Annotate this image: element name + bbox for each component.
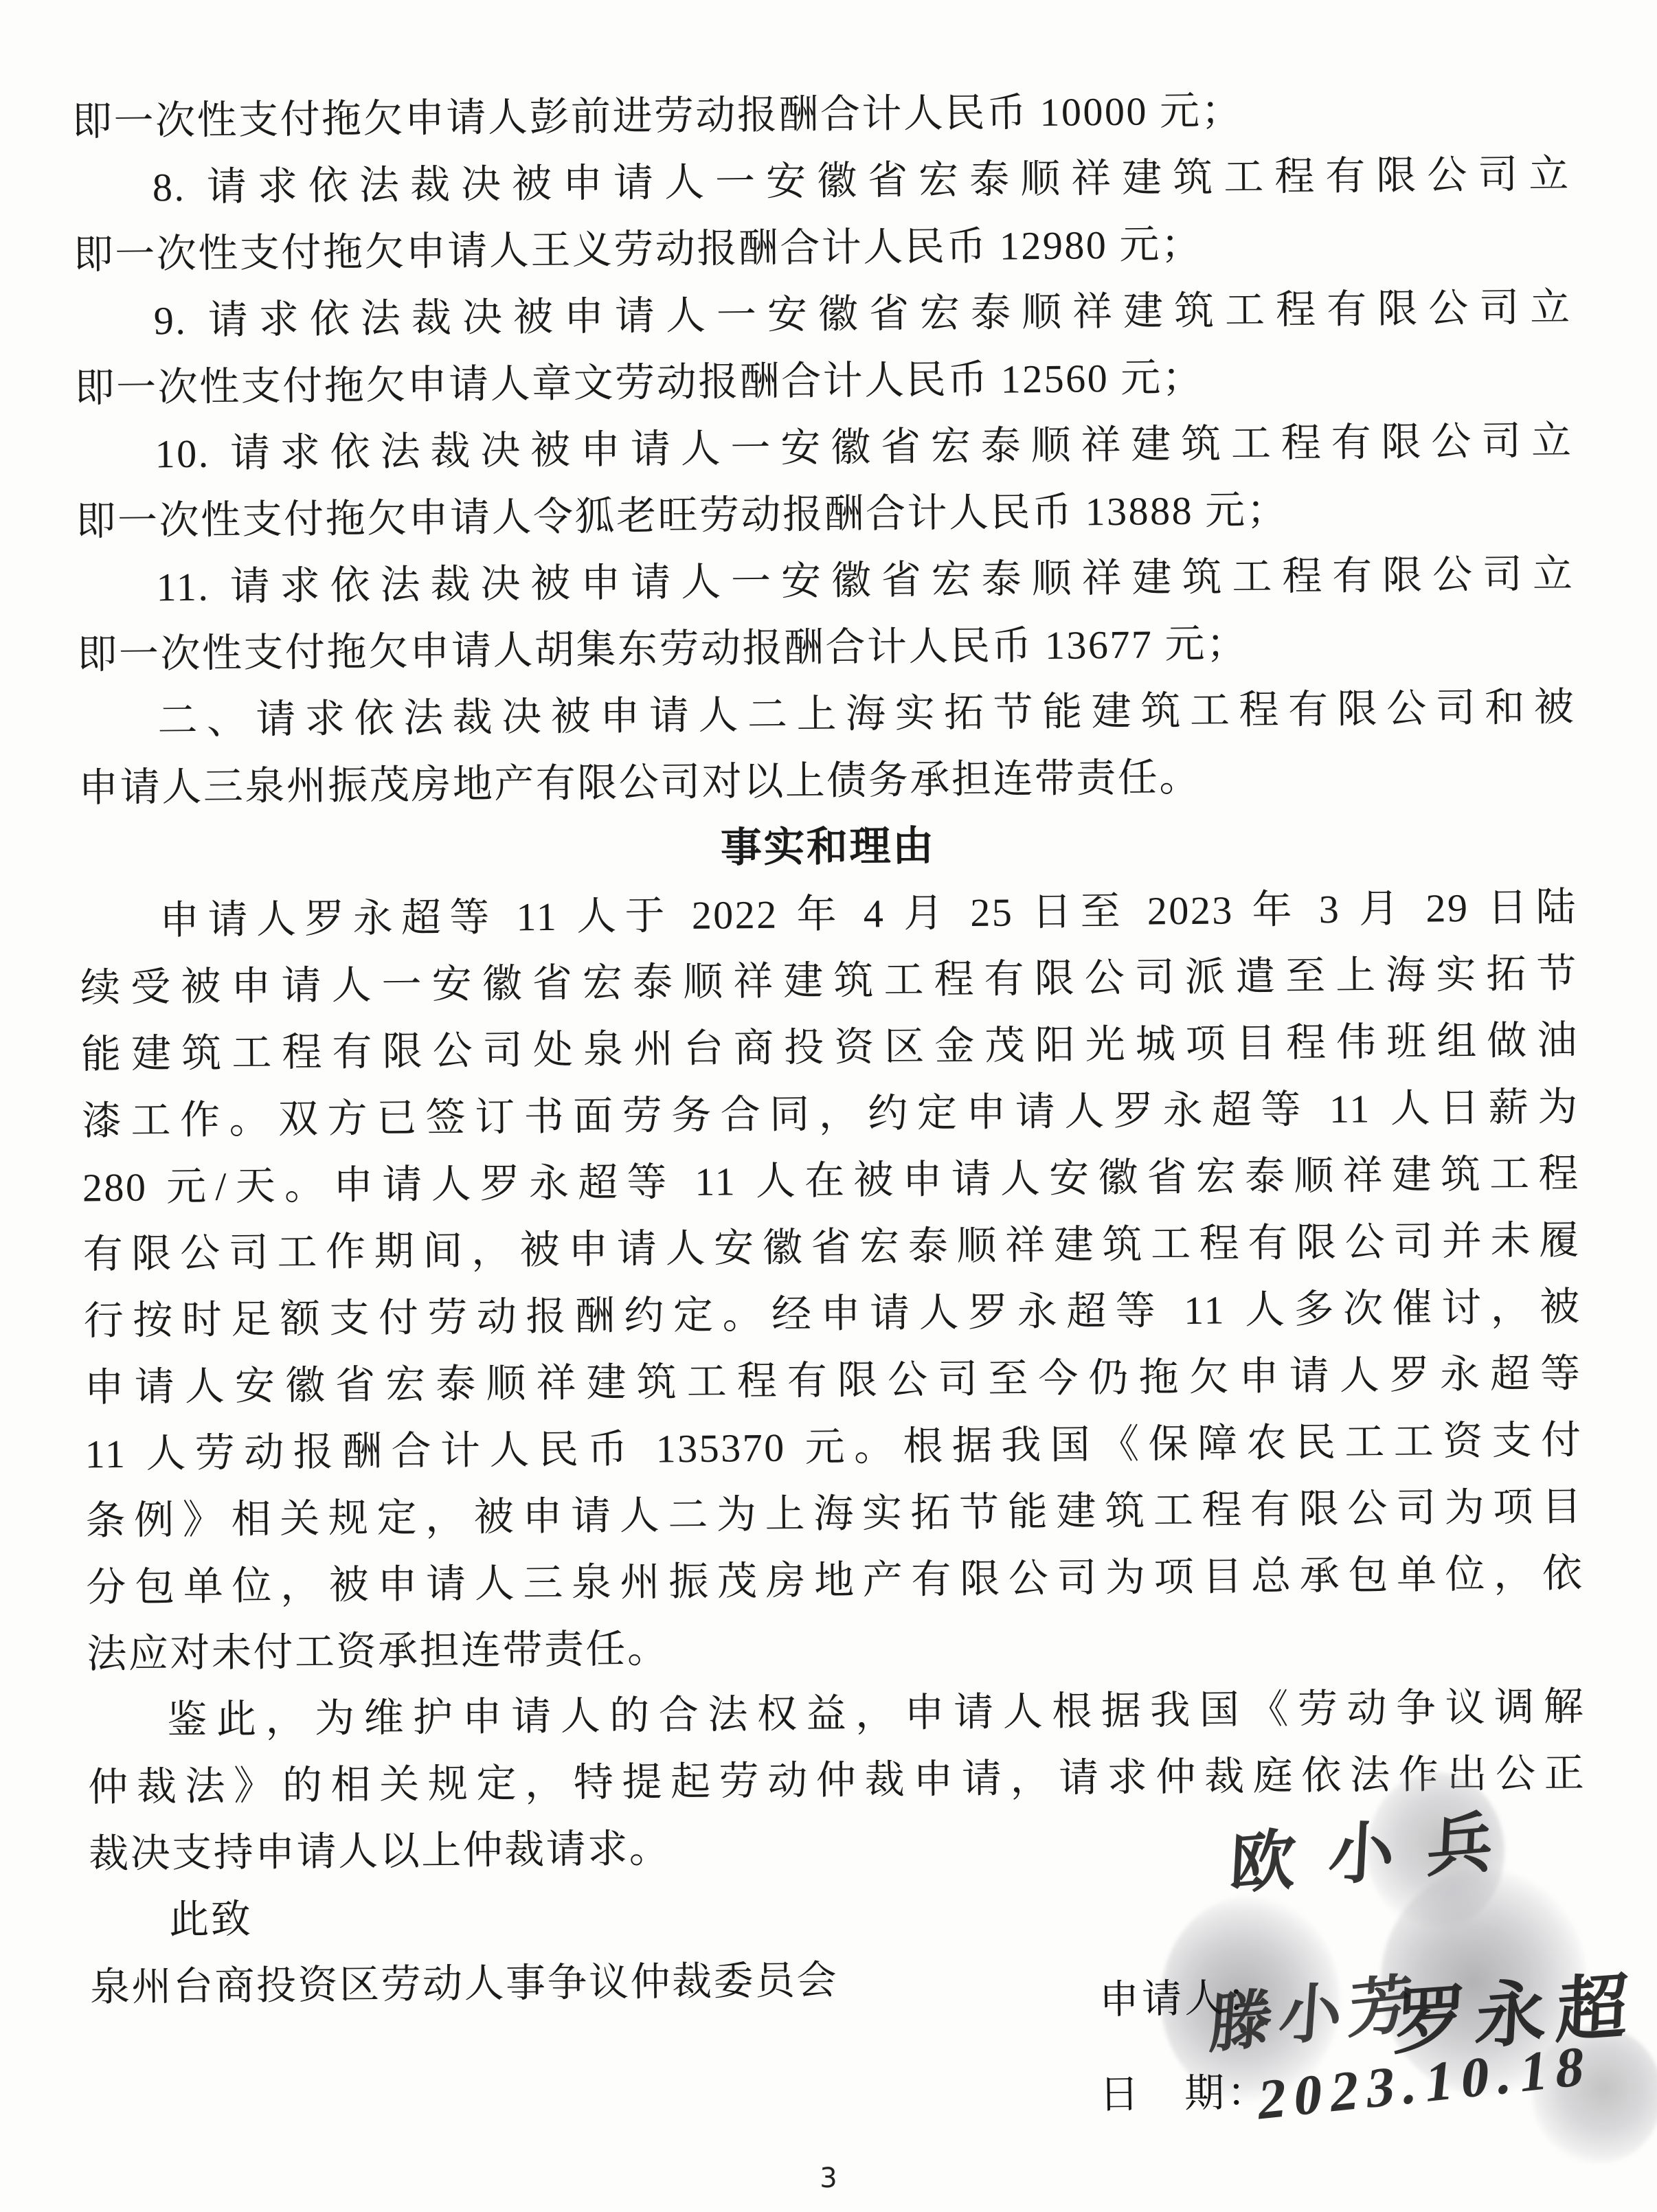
- document-lines: 即一次性支付拖欠申请人彭前进劳动报酬合计人民币 10000 元；8. 请求依法裁…: [72, 74, 1588, 2021]
- page-number: 3: [0, 2163, 1657, 2194]
- date-label: 日 期：: [1098, 2059, 1270, 2119]
- document-page: 即一次性支付拖欠申请人彭前进劳动报酬合计人民币 10000 元；8. 请求依法裁…: [0, 0, 1657, 2212]
